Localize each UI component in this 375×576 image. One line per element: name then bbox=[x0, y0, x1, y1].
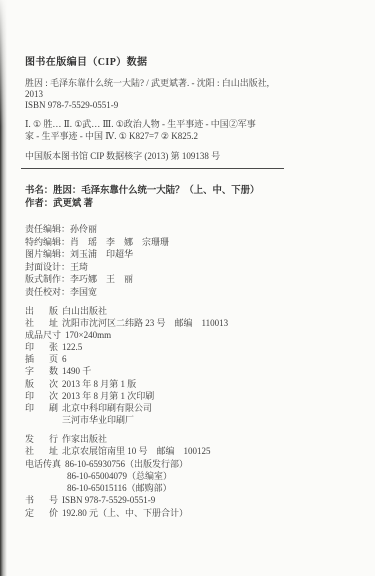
distribution-row: 发行 作家出版社 bbox=[25, 433, 367, 445]
distribution-label bbox=[25, 482, 58, 494]
distribution-row: 社址 北京农展馆南里 10 号 邮编 100125 bbox=[25, 445, 367, 457]
publishing-row: 印刷 北京中科印刷有限公司 bbox=[25, 402, 367, 414]
publishing-value: 2013 年 8 月第 1 次印刷 bbox=[62, 390, 154, 402]
distribution-value: ISBN 978-7-5529-0551-9 bbox=[62, 494, 155, 506]
distribution-label: 发行 bbox=[25, 433, 58, 445]
publishing-row: 出版 白山出版社 bbox=[25, 305, 367, 317]
publishing-value: 北京中科印刷有限公司 bbox=[62, 402, 152, 414]
distribution-row: 电话传真 86-10-65930756（出版发行部） bbox=[25, 458, 367, 470]
publishing-value: 6 bbox=[62, 353, 67, 365]
distribution-label: 社址 bbox=[25, 445, 58, 457]
distribution-value: 192.80 元（上、中、下册合计） bbox=[62, 507, 188, 519]
distribution-label: 电话传真 bbox=[25, 458, 61, 470]
staff-credits: 责任编辑：孙伶丽 特约编辑：肖 瑶 李 娜 宗珊珊 图片编辑：刘玉浦 印超华 封… bbox=[25, 223, 367, 299]
cip-entry: 胜因 : 毛泽东靠什么统一大陆? / 武更斌著. - 沈阳 : 白山出版社, 2… bbox=[25, 78, 367, 110]
book-author-line: 作者：武更斌 著 bbox=[25, 198, 367, 211]
classification-line: 家 - 生平事迹 - 中国 Ⅳ. ① K827=7 ② K825.2 bbox=[25, 131, 367, 143]
distribution-label bbox=[25, 470, 58, 482]
distribution-label: 书号 bbox=[25, 494, 58, 506]
publishing-row: 印张 122.5 bbox=[25, 341, 367, 353]
publishing-label: 成品尺寸 bbox=[25, 329, 61, 341]
classification-line: Ⅰ. ① 胜… Ⅱ. ①武… Ⅲ. ①政治人物 - 生平事迹 - 中国②军事 bbox=[25, 119, 367, 131]
staff-row: 版式制作：李巧娜 王 丽 bbox=[25, 273, 367, 286]
distribution-row: 86-10-65015116（邮购部） bbox=[25, 482, 367, 494]
publishing-row: 印次 2013 年 8 月第 1 次印刷 bbox=[25, 390, 367, 402]
cip-entry-line: 胜因 : 毛泽东靠什么统一大陆? / 武更斌著. - 沈阳 : 白山出版社, bbox=[25, 78, 367, 89]
distribution-row: 定价 192.80 元（上、中、下册合计） bbox=[25, 507, 367, 519]
distribution-value: 北京农展馆南里 10 号 邮编 100125 bbox=[62, 445, 211, 457]
publishing-value: 1490 千 bbox=[62, 365, 91, 377]
distribution-info: 发行 作家出版社 社址 北京农展馆南里 10 号 邮编 100125 电话传真 … bbox=[25, 433, 367, 519]
cip-record-line: 中国版本图书馆 CIP 数据核字 (2013) 第 109138 号 bbox=[25, 149, 367, 162]
publishing-label: 印张 bbox=[25, 341, 58, 353]
cip-entry-line: 2013 bbox=[25, 89, 367, 100]
publishing-row: 字数 1490 千 bbox=[25, 365, 367, 377]
publishing-label: 印刷 bbox=[25, 402, 58, 414]
publishing-value: 2013 年 8 月第 1 版 bbox=[62, 378, 136, 390]
publishing-label: 插页 bbox=[25, 353, 58, 365]
publishing-value: 沈阳市沈河区二纬路 23 号 邮编 110013 bbox=[62, 317, 228, 329]
publishing-row: 三河市华业印刷厂 bbox=[25, 414, 367, 426]
staff-row: 图片编辑：刘玉浦 印超华 bbox=[25, 248, 367, 261]
cip-classification: Ⅰ. ① 胜… Ⅱ. ①武… Ⅲ. ①政治人物 - 生平事迹 - 中国②军事 家… bbox=[25, 119, 367, 142]
book-title-block: 书名：胜因：毛泽东靠什么统一大陆？（上、中、下册） 作者：武更斌 著 bbox=[25, 185, 367, 211]
publishing-value: 122.5 bbox=[62, 341, 82, 353]
publishing-label: 印次 bbox=[25, 390, 58, 402]
publishing-value: 170×240mm bbox=[65, 329, 111, 341]
publishing-label: 出版 bbox=[25, 305, 58, 317]
cip-entry-line: ISBN 978-7-5529-0551-9 bbox=[25, 100, 367, 111]
publishing-value: 白山出版社 bbox=[62, 305, 107, 317]
publishing-label: 版次 bbox=[25, 378, 58, 390]
staff-row: 责任编辑：孙伶丽 bbox=[25, 223, 367, 236]
distribution-value: 作家出版社 bbox=[62, 433, 107, 445]
staff-row: 特约编辑：肖 瑶 李 娜 宗珊珊 bbox=[25, 236, 367, 249]
book-title-line: 书名：胜因：毛泽东靠什么统一大陆？（上、中、下册） bbox=[25, 185, 367, 198]
staff-row: 封面设计：王琦 bbox=[25, 261, 367, 274]
cip-header: 图书在版编目（CIP）数据 bbox=[25, 53, 367, 68]
distribution-label: 定价 bbox=[25, 507, 58, 519]
distribution-value: 86-10-65015116（邮购部） bbox=[67, 482, 172, 494]
distribution-row: 86-10-65004079（总编室） bbox=[25, 470, 367, 482]
distribution-value: 86-10-65930756（出版发行部） bbox=[65, 458, 188, 470]
publishing-row: 插页 6 bbox=[25, 353, 367, 365]
distribution-row: 书号 ISBN 978-7-5529-0551-9 bbox=[25, 494, 367, 506]
page-scan-edge bbox=[0, 0, 7, 576]
publishing-label: 社址 bbox=[25, 317, 58, 329]
staff-row: 责任校对：李国宽 bbox=[25, 286, 367, 299]
publishing-info: 出版 白山出版社 社址 沈阳市沈河区二纬路 23 号 邮编 110013 成品尺… bbox=[25, 305, 367, 426]
distribution-value: 86-10-65004079（总编室） bbox=[67, 470, 172, 482]
book-copyright-page: 图书在版编目（CIP）数据 胜因 : 毛泽东靠什么统一大陆? / 武更斌著. -… bbox=[0, 0, 375, 576]
publishing-row: 版次 2013 年 8 月第 1 版 bbox=[25, 378, 367, 390]
publishing-value: 三河市华业印刷厂 bbox=[62, 414, 134, 426]
publishing-label bbox=[25, 414, 58, 426]
divider-rule bbox=[21, 168, 284, 169]
publishing-label: 字数 bbox=[25, 365, 58, 377]
publishing-row: 成品尺寸 170×240mm bbox=[25, 329, 367, 341]
publishing-row: 社址 沈阳市沈河区二纬路 23 号 邮编 110013 bbox=[25, 317, 367, 329]
